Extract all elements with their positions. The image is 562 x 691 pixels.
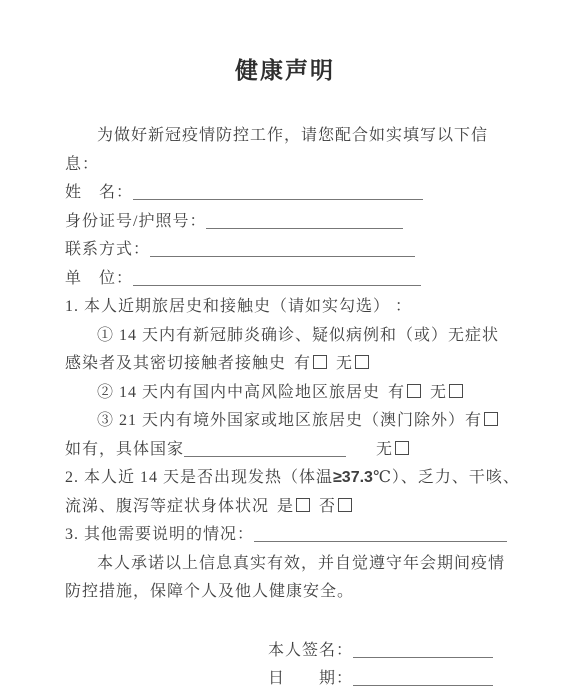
pledge-line1: 本人承诺以上信息真实有效，并自觉遵守年会期间疫情 bbox=[65, 550, 505, 579]
item2-no-label: 无 bbox=[430, 384, 447, 401]
section2-text-suffix: ）、乏力、干咳、 bbox=[392, 469, 520, 486]
date-input-line[interactable] bbox=[353, 671, 493, 686]
section3-row: 3. 其他需要说明的情况： bbox=[65, 521, 505, 550]
symptom-no-checkbox[interactable] bbox=[338, 498, 352, 512]
signature-input-line[interactable] bbox=[353, 643, 493, 658]
item1-no-label: 无 bbox=[336, 355, 353, 372]
item3-no-checkbox[interactable] bbox=[395, 441, 409, 455]
item2-no-option: 无 bbox=[430, 384, 463, 401]
date-label: 日 期： bbox=[268, 670, 353, 687]
section1-item1-line1: ① 14 天内有新冠肺炎确诊、疑似病例和（或）无症状 bbox=[65, 322, 505, 351]
section1-item3-line: ③ 21 天内有境外国家或地区旅居史（澳门除外）有 bbox=[65, 407, 505, 436]
contact-input-line[interactable] bbox=[150, 242, 415, 257]
signature-label: 本人签名： bbox=[268, 642, 353, 659]
section1-item2-line: ② 14 天内有国内中高风险地区旅居史有无 bbox=[65, 379, 505, 408]
item3-yes-option: 有 bbox=[465, 412, 498, 429]
field-row-contact: 联系方式： bbox=[65, 236, 505, 265]
section2-text-prefix: 2. 本人近 14 天是否出现发热（体温 bbox=[65, 469, 333, 486]
section2-line2: 流涕、腹泻等症状身体状况是否 bbox=[65, 493, 505, 522]
field-row-name: 姓 名： bbox=[65, 179, 505, 208]
followup-label: 如有，具体国家 bbox=[65, 441, 184, 458]
item3-text: ③ 21 天内有境外国家或地区旅居史（澳门除外） bbox=[97, 412, 465, 429]
item1-yes-checkbox[interactable] bbox=[313, 355, 327, 369]
id-input-line[interactable] bbox=[206, 214, 403, 229]
symptom-yes-option: 是 bbox=[277, 498, 310, 515]
field-row-unit: 单 位： bbox=[65, 265, 505, 294]
symptom-no-label: 否 bbox=[319, 498, 336, 515]
item1-yes-option: 有 bbox=[294, 355, 327, 372]
symptom-yes-checkbox[interactable] bbox=[296, 498, 310, 512]
item1-no-checkbox[interactable] bbox=[355, 355, 369, 369]
signature-row: 本人签名： bbox=[268, 637, 505, 666]
section3-heading: 3. 其他需要说明的情况： bbox=[65, 526, 254, 543]
symptom-yes-label: 是 bbox=[277, 498, 294, 515]
item2-yes-checkbox[interactable] bbox=[407, 384, 421, 398]
other-info-input-line[interactable] bbox=[254, 527, 507, 542]
country-input-line[interactable] bbox=[184, 442, 346, 457]
item1-text: 感染者及其密切接触者接触史 bbox=[65, 355, 286, 372]
item2-no-checkbox[interactable] bbox=[449, 384, 463, 398]
section2-text-line2: 流涕、腹泻等症状身体状况 bbox=[65, 498, 269, 515]
item2-yes-option: 有 bbox=[388, 384, 421, 401]
section1-item1-line2: 感染者及其密切接触者接触史有无 bbox=[65, 350, 505, 379]
unit-input-line[interactable] bbox=[133, 271, 421, 286]
item2-text: ② 14 天内有国内中高风险地区旅居史 bbox=[97, 384, 380, 401]
temperature-value: ≥37.3 bbox=[333, 469, 373, 486]
id-label: 身份证号/护照号： bbox=[65, 213, 206, 230]
symptom-no-option: 否 bbox=[319, 498, 352, 515]
item3-yes-checkbox[interactable] bbox=[484, 412, 498, 426]
unit-label: 单 位： bbox=[65, 270, 133, 287]
signature-block: 本人签名： 日 期： bbox=[268, 637, 505, 691]
health-declaration-document: 健康声明 为做好新冠疫情防控工作，请您配合如实填写以下信息： 姓 名： 身份证号… bbox=[0, 0, 562, 691]
date-row: 日 期： bbox=[268, 665, 505, 691]
temperature-unit: ℃ bbox=[373, 469, 392, 486]
item3-no-label: 无 bbox=[376, 441, 393, 458]
contact-label: 联系方式： bbox=[65, 241, 150, 258]
name-label: 姓 名： bbox=[65, 184, 133, 201]
form-title: 健康声明 bbox=[65, 52, 505, 90]
field-row-id: 身份证号/护照号： bbox=[65, 208, 505, 237]
section2-line1: 2. 本人近 14 天是否出现发热（体温≥37.3℃）、乏力、干咳、 bbox=[65, 464, 505, 493]
intro-text: 为做好新冠疫情防控工作，请您配合如实填写以下信息： bbox=[65, 122, 505, 179]
item1-no-option: 无 bbox=[336, 355, 369, 372]
section1-heading: 1. 本人近期旅居史和接触史（请如实勾选） ： bbox=[65, 293, 505, 322]
item3-no-option: 无 bbox=[376, 441, 409, 458]
item2-yes-label: 有 bbox=[388, 384, 405, 401]
pledge-line2: 防控措施，保障个人及他人健康安全。 bbox=[65, 578, 505, 607]
item3-yes-label: 有 bbox=[465, 412, 482, 429]
item1-yes-label: 有 bbox=[294, 355, 311, 372]
section1-item3-followup: 如有，具体国家无 bbox=[65, 436, 505, 465]
name-input-line[interactable] bbox=[133, 185, 423, 200]
